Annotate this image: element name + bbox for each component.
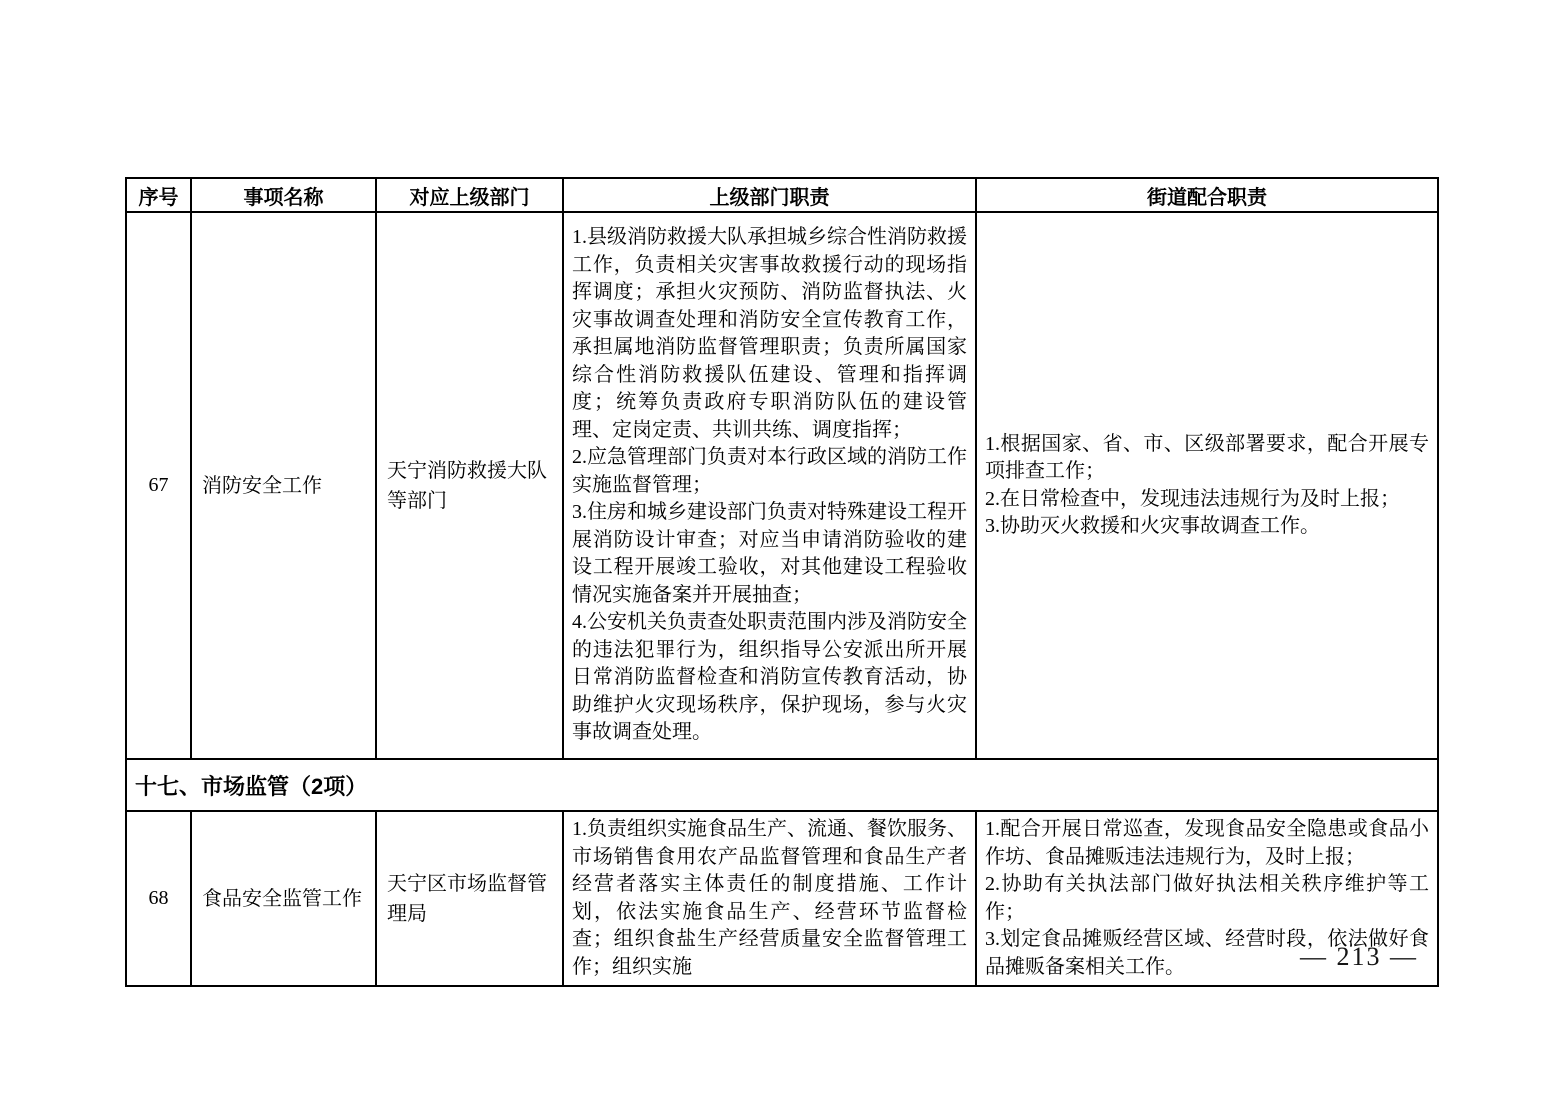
duties-table: 序号 事项名称 对应上级部门 上级部门职责 街道配合职责 67 消防安全工作 天… <box>125 177 1439 987</box>
header-seq-no: 序号 <box>126 178 191 212</box>
cell-seq-no: 67 <box>126 212 191 759</box>
cell-seq-no: 68 <box>126 811 191 986</box>
table-section-row: 十七、市场监管（2项） <box>126 759 1438 811</box>
cell-item-name: 食品安全监管工作 <box>191 811 376 986</box>
cell-superior-duties: 1.负责组织实施食品生产、流通、餐饮服务、市场销售食用农产品监督管理和食品生产者… <box>563 811 976 986</box>
document-page: 序号 事项名称 对应上级部门 上级部门职责 街道配合职责 67 消防安全工作 天… <box>0 0 1559 1102</box>
cell-item-name: 消防安全工作 <box>191 212 376 759</box>
cell-superior-duties: 1.县级消防救援大队承担城乡综合性消防救援工作，负责相关灾害事故救援行动的现场指… <box>563 212 976 759</box>
header-street-duties: 街道配合职责 <box>976 178 1438 212</box>
page-number: — 213 — <box>1300 942 1418 972</box>
header-item-name: 事项名称 <box>191 178 376 212</box>
cell-superior-department: 天宁消防救援大队等部门 <box>376 212 563 759</box>
cell-superior-department: 天宁区市场监督管理局 <box>376 811 563 986</box>
table-row-67: 67 消防安全工作 天宁消防救援大队等部门 1.县级消防救援大队承担城乡综合性消… <box>126 212 1438 759</box>
section-header: 十七、市场监管（2项） <box>126 759 1438 811</box>
header-superior-department: 对应上级部门 <box>376 178 563 212</box>
header-superior-duties: 上级部门职责 <box>563 178 976 212</box>
table-header-row: 序号 事项名称 对应上级部门 上级部门职责 街道配合职责 <box>126 178 1438 212</box>
cell-street-duties: 1.根据国家、省、市、区级部署要求，配合开展专项排查工作； 2.在日常检查中，发… <box>976 212 1438 759</box>
table-row-68: 68 食品安全监管工作 天宁区市场监督管理局 1.负责组织实施食品生产、流通、餐… <box>126 811 1438 986</box>
